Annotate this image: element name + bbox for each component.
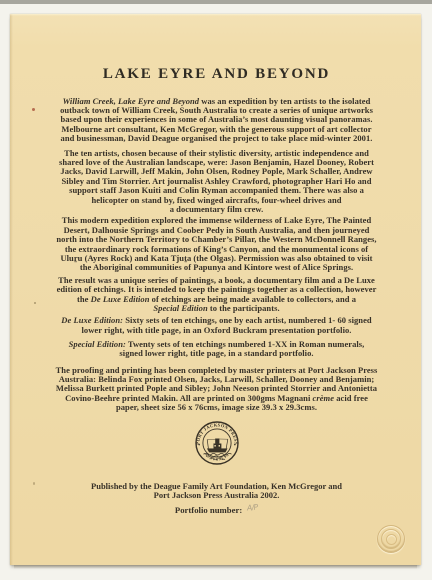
- document-paper: LAKE EYRE AND BEYOND William Creek, Lake…: [10, 14, 421, 565]
- intro-paragraph: William Creek, Lake Eyre and Beyond was …: [24, 97, 409, 144]
- photo-top-edge: [0, 0, 432, 4]
- page-title: LAKE EYRE AND BEYOND: [24, 66, 409, 83]
- special-edition-paragraph: Special Edition: Twenty sets of ten etch…: [24, 340, 409, 359]
- printing-paragraph: The proofing and printing has been compl…: [24, 366, 409, 413]
- embossed-stamp-inner-ring: [381, 529, 401, 549]
- portfolio-number-label: Portfolio number:: [175, 505, 242, 515]
- portfolio-number-row: Portfolio number: A/P: [24, 505, 409, 515]
- expedition-paragraph: This modern expedition explored the imme…: [24, 216, 409, 272]
- embossed-blind-stamp: [377, 525, 405, 553]
- de-luxe-edition-paragraph: De Luxe Edition: Sixty sets of ten etchi…: [24, 316, 409, 335]
- port-jackson-press-seal-icon: PORT JACKSON PRESS AUSTRALIA: [194, 420, 240, 466]
- publisher-seal: PORT JACKSON PRESS AUSTRALIA: [24, 420, 409, 466]
- publisher-credit: Published by the Deague Family Art Found…: [24, 482, 409, 501]
- portfolio-number-value: A/P: [247, 502, 259, 512]
- result-paragraph: The result was a unique series of painti…: [24, 276, 409, 314]
- paper-shadow: [14, 565, 417, 569]
- scanned-document-photo: { "colors": { "paper": "#efdbaa", "ink":…: [0, 0, 432, 580]
- embossed-stamp-center: [386, 534, 397, 545]
- artists-paragraph: The ten artists, chosen because of their…: [24, 149, 409, 215]
- document-content: LAKE EYRE AND BEYOND William Creek, Lake…: [24, 14, 409, 515]
